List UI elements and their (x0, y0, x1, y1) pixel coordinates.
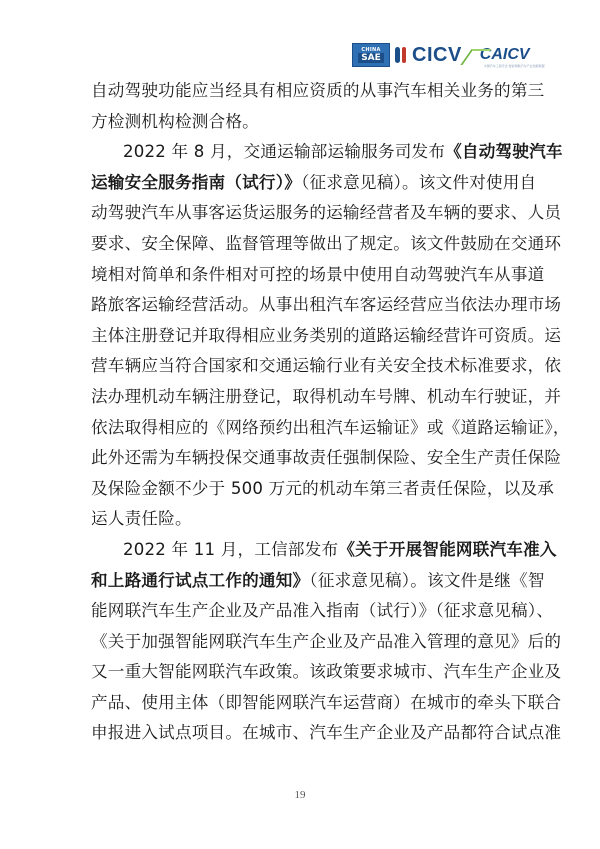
text-segment: （征求意见稿）。该文件对使用自 (301, 173, 536, 192)
bold-document-title: 和上路通行试点工作的通知》 (91, 571, 309, 590)
text-line: 要求、安全保障、监督管理等做出了规定。该文件鼓励在交通环 (91, 229, 511, 260)
text-segment: 能网联汽车生产企业及产品准入指南（试行）》（征求意见稿）、 (91, 601, 553, 620)
caicv-logo-text: CAICV (480, 46, 530, 63)
text-segment: 运人责任险。 (91, 509, 192, 528)
document-body: 自动驾驶功能应当经具有相应资质的从事汽车相关业务的第三方检测机构检测合格。202… (91, 76, 511, 749)
text-segment: 《关于加强智能网联汽车生产企业及产品准入管理的意见》后的 (91, 632, 561, 651)
text-line: 能网联汽车生产企业及产品准入指南（试行）》（征求意见稿）、 (91, 596, 511, 627)
text-segment: 依法取得相应的《网络预约出租汽车运输证》或《道路运输证》， (91, 418, 570, 437)
text-segment: 动驾驶汽车从事客运货运服务的运输经营者及车辆的要求、人员 (91, 203, 561, 222)
sae-logo-bottom-text: SAE (358, 53, 384, 63)
text-segment: 营车辆应当符合国家和交通运输行业有关安全技术标准要求，依 (91, 356, 561, 375)
paragraph: 自动驾驶功能应当经具有相应资质的从事汽车相关业务的第三方检测机构检测合格。 (91, 76, 511, 137)
text-line: 2022 年 8 月，交通运输部运输服务司发布《自动驾驶汽车 (91, 137, 511, 168)
cicv-mark-icon (394, 45, 408, 65)
caicv-logo-subtitle: 中国汽车工程学会 智能网联汽车产业创新联盟 (484, 64, 545, 68)
text-line: 申报进入试点项目。在城市、汽车生产企业及产品都符合试点准 (91, 718, 511, 749)
bold-document-title: 《自动驾驶汽车 (445, 142, 563, 161)
text-line: 依法取得相应的《网络预约出租汽车运输证》或《道路运输证》， (91, 413, 511, 444)
text-line: 主体注册登记并取得相应业务类别的道路运输经营许可资质。运 (91, 321, 511, 352)
text-segment: 又一重大智能网联汽车政策。该政策要求城市、汽车生产企业及 (91, 662, 561, 681)
text-segment: 2022 年 8 月，交通运输部运输服务司发布 (123, 142, 445, 161)
text-segment: 要求、安全保障、监督管理等做出了规定。该文件鼓励在交通环 (91, 234, 561, 253)
text-line: 境相对简单和条件相对可控的场景中使用自动驾驶汽车从事道 (91, 260, 511, 291)
text-line: 自动驾驶功能应当经具有相应资质的从事汽车相关业务的第三 (91, 76, 511, 107)
paragraph: 2022 年 8 月，交通运输部运输服务司发布《自动驾驶汽车运输安全服务指南（试… (91, 137, 511, 535)
text-line: 此外还需为车辆投保交通事故责任强制保险、安全生产责任保险 (91, 443, 511, 474)
text-segment: 自动驾驶功能应当经具有相应资质的从事汽车相关业务的第三 (91, 81, 544, 100)
text-line: 2022 年 11 月，工信部发布《关于开展智能网联汽车准入 (91, 535, 511, 566)
text-segment: 此外还需为车辆投保交通事故责任强制保险、安全生产责任保险 (91, 448, 561, 467)
cicv-logo: CICV (412, 44, 462, 67)
text-segment: 法办理机动车辆注册登记，取得机动车号牌、机动车行驶证，并 (91, 387, 561, 406)
text-segment: 申报进入试点项目。在城市、汽车生产企业及产品都符合试点准 (91, 723, 561, 742)
text-line: 法办理机动车辆注册登记，取得机动车号牌、机动车行驶证，并 (91, 382, 511, 413)
text-segment: 方检测机构检测合格。 (91, 112, 259, 131)
paragraph: 2022 年 11 月，工信部发布《关于开展智能网联汽车准入和上路通行试点工作的… (91, 535, 511, 749)
caicv-logo: CAICV 中国汽车工程学会 智能网联汽车产业创新联盟 (466, 46, 530, 64)
text-segment: 及保险金额不少于 500 万元的机动车第三者责任保险，以及承 (91, 479, 554, 498)
text-line: 《关于加强智能网联汽车生产企业及产品准入管理的意见》后的 (91, 627, 511, 658)
text-line: 营车辆应当符合国家和交通运输行业有关安全技术标准要求，依 (91, 351, 511, 382)
china-sae-logo: CHINA SAE (352, 43, 390, 67)
header-logos: CHINA SAE CICV CAICV 中国汽车工程学会 智能网联汽车产业创新… (352, 42, 530, 68)
text-segment: 2022 年 11 月，工信部发布 (123, 540, 338, 559)
text-line: 运输安全服务指南（试行）》（征求意见稿）。该文件对使用自 (91, 168, 511, 199)
text-line: 路旅客运输经营活动。从事出租汽车客运经营应当依法办理市场 (91, 290, 511, 321)
bold-document-title: 《关于开展智能网联汽车准入 (338, 540, 556, 559)
text-segment: 产品、使用主体（即智能网联汽车运营商）在城市的牵头下联合 (91, 693, 561, 712)
page-number: 19 (0, 789, 600, 801)
text-line: 动驾驶汽车从事客运货运服务的运输经营者及车辆的要求、人员 (91, 198, 511, 229)
text-segment: 主体注册登记并取得相应业务类别的道路运输经营许可资质。运 (91, 326, 561, 345)
text-line: 运人责任险。 (91, 504, 511, 535)
text-line: 和上路通行试点工作的通知》（征求意见稿）。该文件是继《智 (91, 566, 511, 597)
text-line: 及保险金额不少于 500 万元的机动车第三者责任保险，以及承 (91, 474, 511, 505)
text-segment: 路旅客运输经营活动。从事出租汽车客运经营应当依法办理市场 (91, 295, 561, 314)
text-segment: （征求意见稿）。该文件是继《智 (309, 571, 544, 590)
text-segment: 境相对简单和条件相对可控的场景中使用自动驾驶汽车从事道 (91, 265, 544, 284)
text-line: 又一重大智能网联汽车政策。该政策要求城市、汽车生产企业及 (91, 657, 511, 688)
bold-document-title: 运输安全服务指南（试行）》 (91, 173, 301, 192)
text-line: 产品、使用主体（即智能网联汽车运营商）在城市的牵头下联合 (91, 688, 511, 719)
text-line: 方检测机构检测合格。 (91, 107, 511, 138)
